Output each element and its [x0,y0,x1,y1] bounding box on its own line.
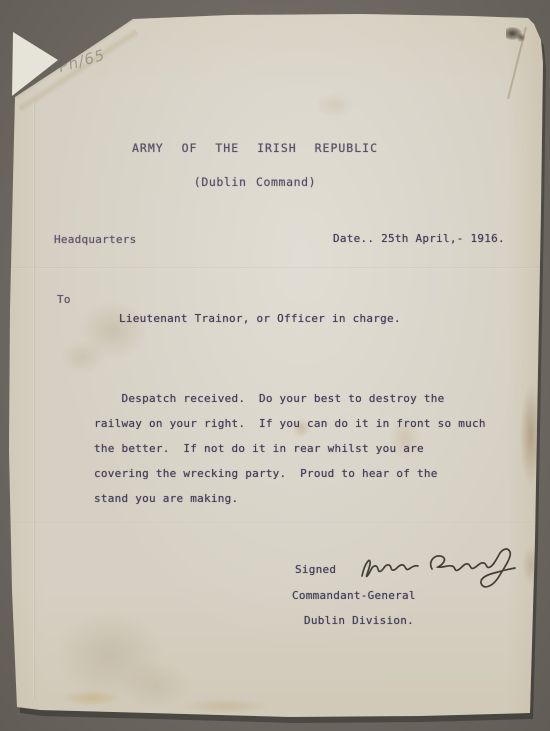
foxing-spot [315,92,355,118]
headquarters-label: Headquarters [54,233,136,246]
letter-document: Ph/65 ARMY OF THE IRISH REPUBLIC (Dublin… [0,0,550,731]
recipient-name: Lieutenant Trainor, or Officer in charge… [119,312,401,325]
edge-stain [62,690,122,706]
date-line: Date.. 25th April,- 1916. [333,232,505,245]
signed-label: Signed [295,563,336,576]
vertical-crease [33,100,35,700]
ink-blot-small [516,33,526,42]
letterhead-title: ARMY OF THE IRISH REPUBLIC [0,141,510,155]
horizontal-fold-crease-lower [10,522,545,524]
paper-stain [60,340,105,374]
paper-stain [78,300,148,360]
to-label: To [57,293,71,306]
handwritten-signature [352,544,520,594]
signatory-title: Commandant-General [292,589,416,602]
paper-stain [120,660,190,710]
photograph-background: { "document": { "pencil_annotation": "Ph… [0,0,550,731]
body-line: stand you are making. [94,492,238,505]
edge-stain [180,698,270,714]
signatory-division: Dublin Division. [304,614,414,627]
body-line: Despatch received. Do your best to destr… [94,392,445,405]
body-line: covering the wrecking party. Proud to he… [94,467,438,480]
letterhead-subtitle: (Dublin Command) [0,175,510,189]
body-line: the better. If not do it in rear whilst … [94,442,424,455]
paper-stain [55,610,165,700]
horizontal-fold-crease [10,267,545,269]
body-line: railway on your right. If you can do it … [94,417,486,430]
